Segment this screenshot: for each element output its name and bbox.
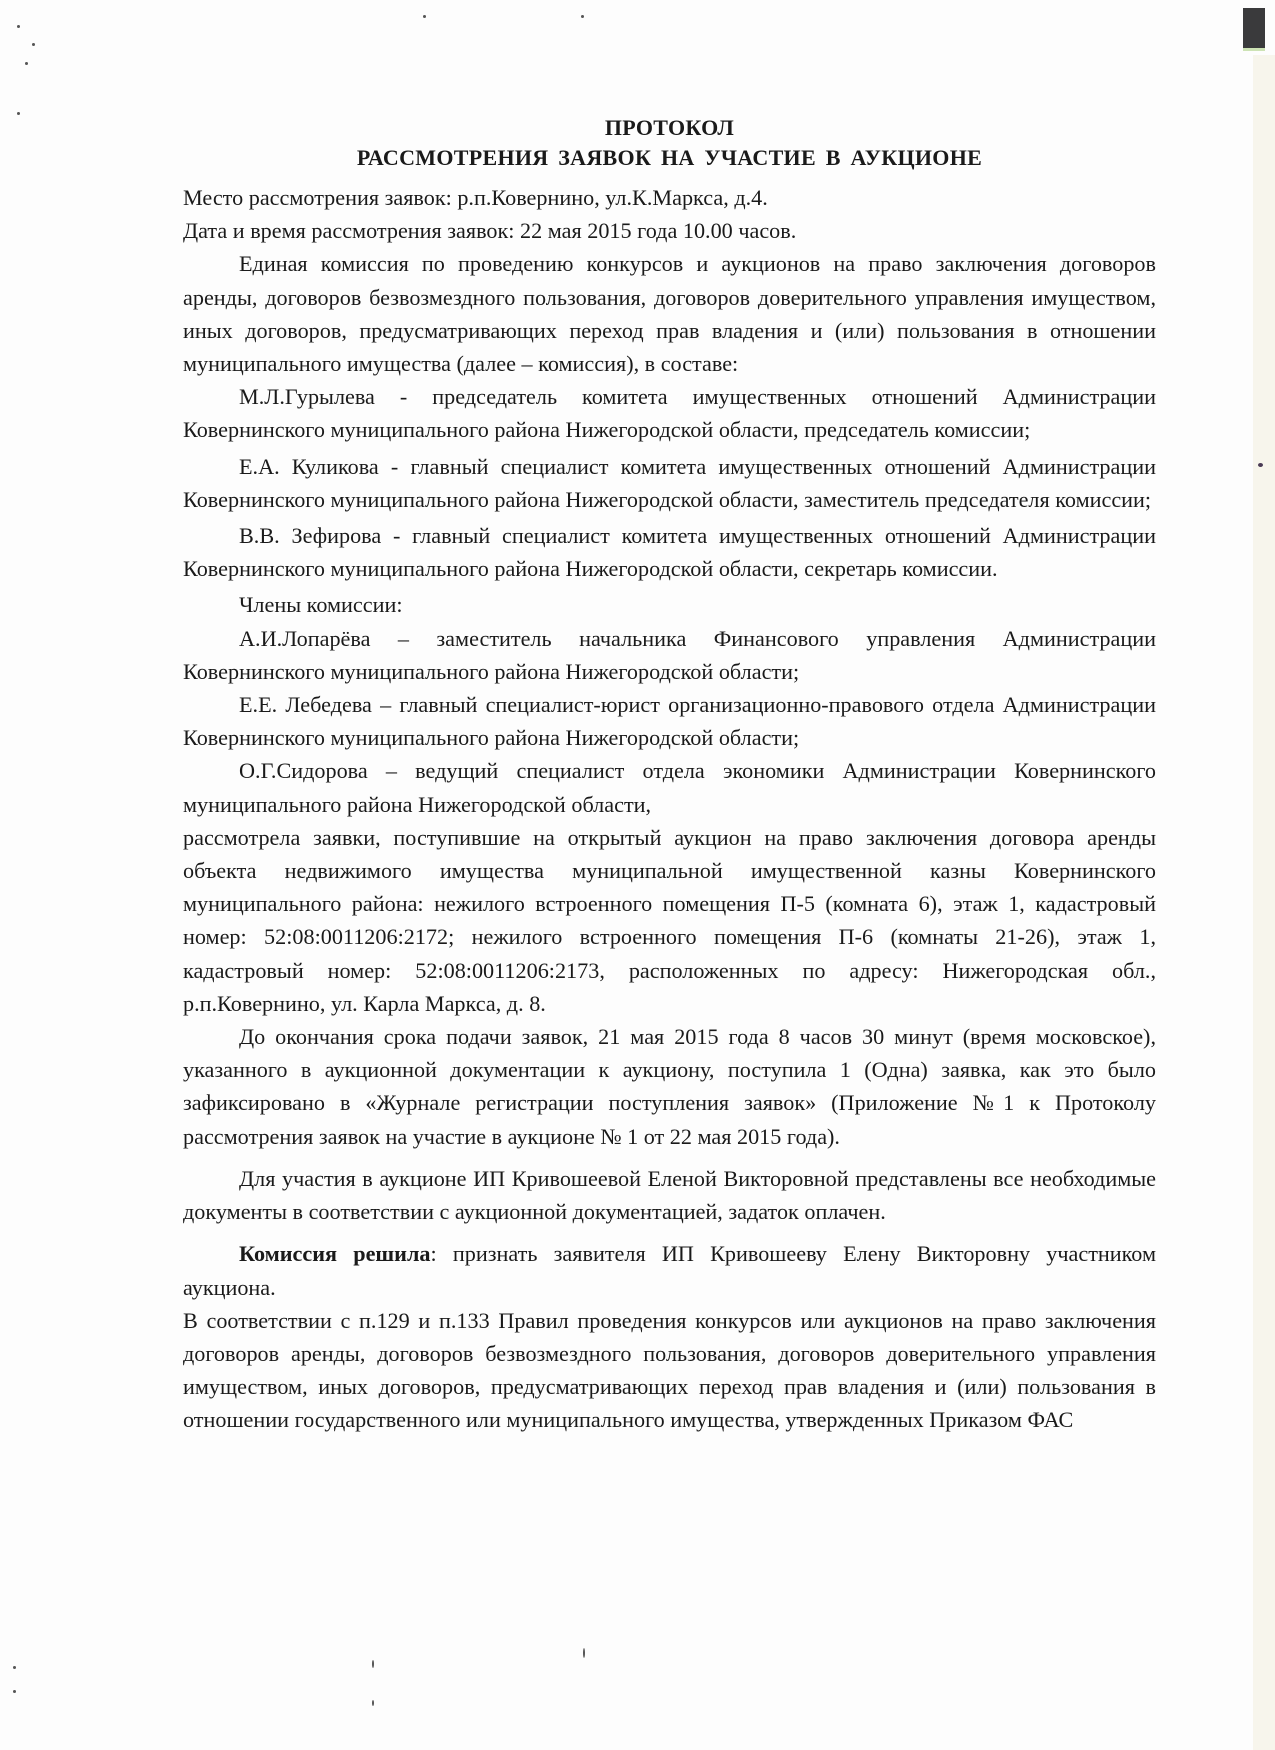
scan-speck	[17, 25, 20, 28]
scanner-edge-strip	[1253, 55, 1275, 1750]
commission-member-loparyova: А.И.Лопарёва – заместитель начальника Фи…	[183, 622, 1156, 688]
review-place: Место рассмотрения заявок: р.п.Ковернино…	[183, 181, 1156, 214]
scan-speck	[372, 1700, 374, 1706]
scan-speck	[25, 62, 28, 65]
scan-speck	[372, 1660, 374, 1668]
scan-speck	[17, 112, 20, 115]
scan-speck	[583, 1648, 585, 1658]
member-chair: М.Л.Гурылева - председатель комитета иму…	[183, 380, 1156, 446]
members-heading: Члены комиссии:	[183, 588, 1156, 621]
reviewed-applications: рассмотрела заявки, поступившие на откры…	[183, 821, 1156, 1020]
rules-paragraph: В соответствии с п.129 и п.133 Правил пр…	[183, 1304, 1156, 1437]
decision-paragraph: Комиссия решила: признать заявителя ИП К…	[183, 1237, 1156, 1303]
commission-member-lebedeva: Е.Е. Лебедева – главный специалист-юрист…	[183, 688, 1156, 754]
member-secretary: В.В. Зефирова - главный специалист комит…	[183, 519, 1156, 585]
title-line-1: ПРОТОКОЛ	[605, 115, 734, 140]
review-datetime: Дата и время рассмотрения заявок: 22 мая…	[183, 214, 1156, 247]
document-title: ПРОТОКОЛ РАССМОТРЕНИЯ ЗАЯВОК НА УЧАСТИЕ …	[183, 113, 1156, 173]
member-deputy-chair: Е.А. Куликова - главный специалист комит…	[183, 450, 1156, 516]
decision-label: Комиссия решила	[239, 1241, 431, 1266]
commission-intro: Единая комиссия по проведению конкурсов …	[183, 247, 1156, 380]
title-protocol: ПРОТОКОЛ РАССМОТРЕНИЯ ЗАЯВОК НА УЧАСТИЕ …	[183, 113, 1156, 173]
scan-speck	[32, 43, 35, 46]
scanner-edge-tab	[1243, 8, 1265, 51]
commission-member-sidorova: О.Г.Сидорова – ведущий специалист отдела…	[183, 754, 1156, 820]
title-line-2: РАССМОТРЕНИЯ ЗАЯВОК НА УЧАСТИЕ В АУКЦИОН…	[183, 143, 1156, 173]
document-page: ПРОТОКОЛ РАССМОТРЕНИЯ ЗАЯВОК НА УЧАСТИЕ …	[183, 110, 1156, 1437]
scan-speck	[581, 15, 584, 18]
documents-paragraph: Для участия в аукционе ИП Кривошеевой Ел…	[183, 1162, 1156, 1228]
scan-speck	[423, 15, 426, 18]
deadline-paragraph: До окончания срока подачи заявок, 21 мая…	[183, 1020, 1156, 1153]
scan-speck	[13, 1666, 16, 1669]
scan-speck	[13, 1690, 16, 1693]
scan-speck	[1258, 463, 1263, 467]
